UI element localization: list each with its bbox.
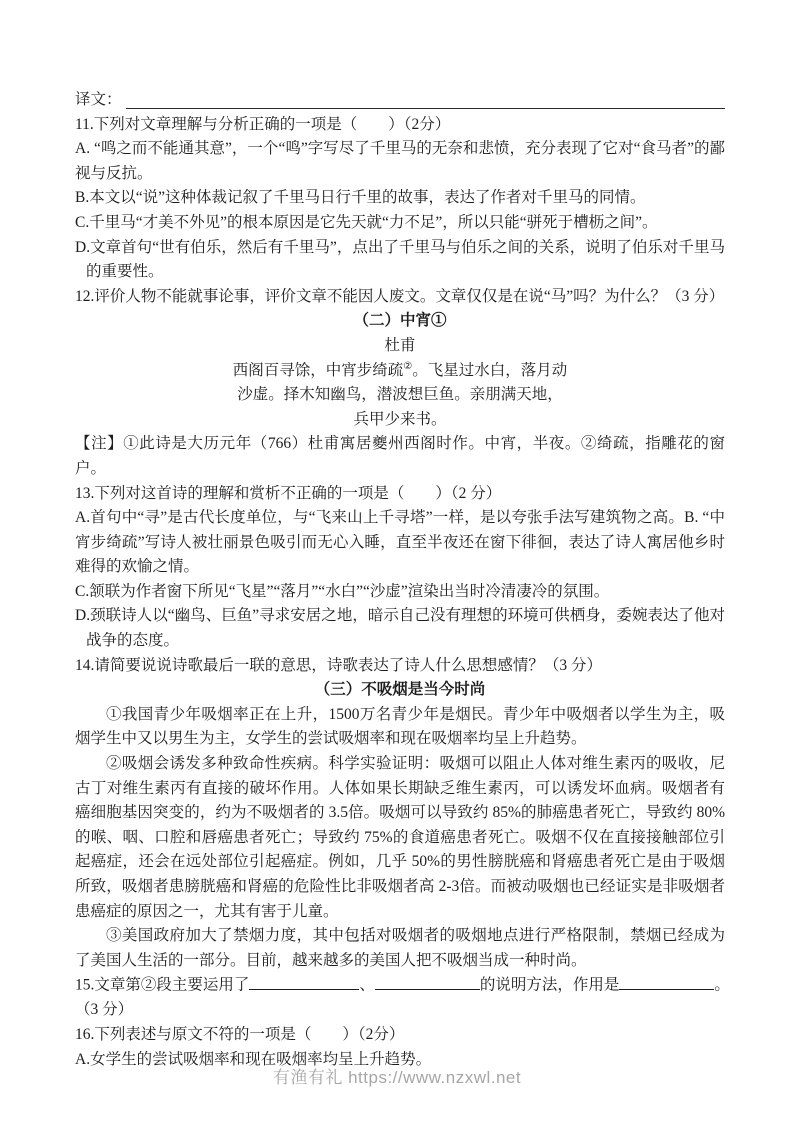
q15-answer-blank-1 [249,973,359,990]
page-footer: 有渔有礼 https://www.nzxwl.net [0,1063,794,1088]
q11-stem: 11.下列对文章理解与分析正确的一项是（ ）（2分） [75,113,725,138]
essay-paragraph-2: ②吸烟会诱发多种致命性疾病。科学实验证明：吸烟可以阻止人体对维生素丙的吸收，尼古… [75,752,725,924]
q15-text-1: 15.文章第②段主要运用了 [75,977,249,994]
exam-paper-page: 译文： 11.下列对文章理解与分析正确的一项是（ ）（2分） A. “鸣之而不能… [0,0,794,1122]
q15-score: （3 分） [75,998,725,1023]
q13-option-d: D.颈联诗人以“幽鸟、巨鱼”寻求安居之地，暗示自己没有理想的环境可供栖身，委婉表… [75,604,725,653]
q13-option-c: C.颔联为作者窗下所见“飞星”“落月”“水白”“沙虚”渲染出当时冷清凄冷的氛围。 [75,580,725,605]
poem-note: 【注】①此诗是大历元年（766）杜甫寓居夔州西阁时作。中宵，半夜。②绮疏，指雕花… [75,432,725,481]
q11-option-c: C.千里马“才美不外见”的根本原因是它先天就“力不足”，所以只能“骈死于槽枥之间… [75,211,725,236]
essay-section-title: （三）不吸烟是当今时尚 [75,678,725,703]
footer-site-link[interactable]: 有渔有礼 https://www.nzxwl.net [273,1068,521,1087]
q15-answer-blank-3 [619,973,714,990]
q15-period: 。 [714,977,730,994]
translation-label: 译文： [75,88,122,113]
q15-answer-blank-2 [375,973,480,990]
poem-line-3: 兵甲少来书。 [75,408,725,433]
q15-stem-line: 15.文章第②段主要运用了、的说明方法，作用是。 [75,973,725,998]
q13-option-a-b: A.首句中“寻”是古代长度单位，与“飞来山上千寻塔”一样，是以夸张手法写建筑物之… [75,506,725,580]
poem-note-ref-2: ② [403,360,412,371]
q15-separator: 、 [359,977,375,994]
translation-line: 译文： [75,88,725,113]
exam-content: 译文： 11.下列对文章理解与分析正确的一项是（ ）（2分） A. “鸣之而不能… [75,88,725,1072]
q11-option-a: A. “鸣之而不能通其意”，一个“鸣”字写尽了千里马的无奈和悲愤，充分表现了它对… [75,137,725,186]
q13-stem: 13.下列对这首诗的理解和赏析不正确的一项是（ ）（2 分） [75,482,725,507]
q15-text-2: 的说明方法，作用是 [480,977,620,994]
poem-author: 杜甫 [75,334,725,359]
q14-stem: 14.请简要说说诗歌最后一联的意思，诗歌表达了诗人什么思想感情？（3 分） [75,654,725,679]
poem-line-1-start: 西阁百寻馀，中宵步绮疏 [233,362,404,379]
essay-paragraph-1: ①我国青少年吸烟率正在上升，1500万名青少年是烟民。青少年中吸烟者以学生为主，… [75,703,725,752]
poem-section-title: （二）中宵① [75,309,725,334]
q16-stem: 16.下列表述与原文不符的一项是（ ）（2分） [75,1023,725,1048]
q11-option-b: B.本文以“说”这种体裁记叙了千里马日行千里的故事，表达了作者对千里马的同情。 [75,186,725,211]
q12-stem: 12.评价人物不能就事论事，评价文章不能因人废文。文章仅仅是在说“马”吗？为什么… [75,285,725,310]
poem-line-1: 西阁百寻馀，中宵步绮疏②。飞星过水白，落月动 [75,359,725,384]
poem-line-1-end: 。飞星过水白，落月动 [412,362,567,379]
poem-line-2: 沙虚。择木知幽鸟，潜波想巨鱼。亲朋满天地， [75,383,725,408]
translation-answer-blank [126,91,725,109]
essay-paragraph-3: ③美国政府加大了禁烟力度，其中包括对吸烟者的吸烟地点进行严格限制，禁烟已经成为了… [75,924,725,973]
q11-option-d: D.文章首句“世有伯乐，然后有千里马”，点出了千里马与伯乐之间的关系，说明了伯乐… [75,236,725,285]
